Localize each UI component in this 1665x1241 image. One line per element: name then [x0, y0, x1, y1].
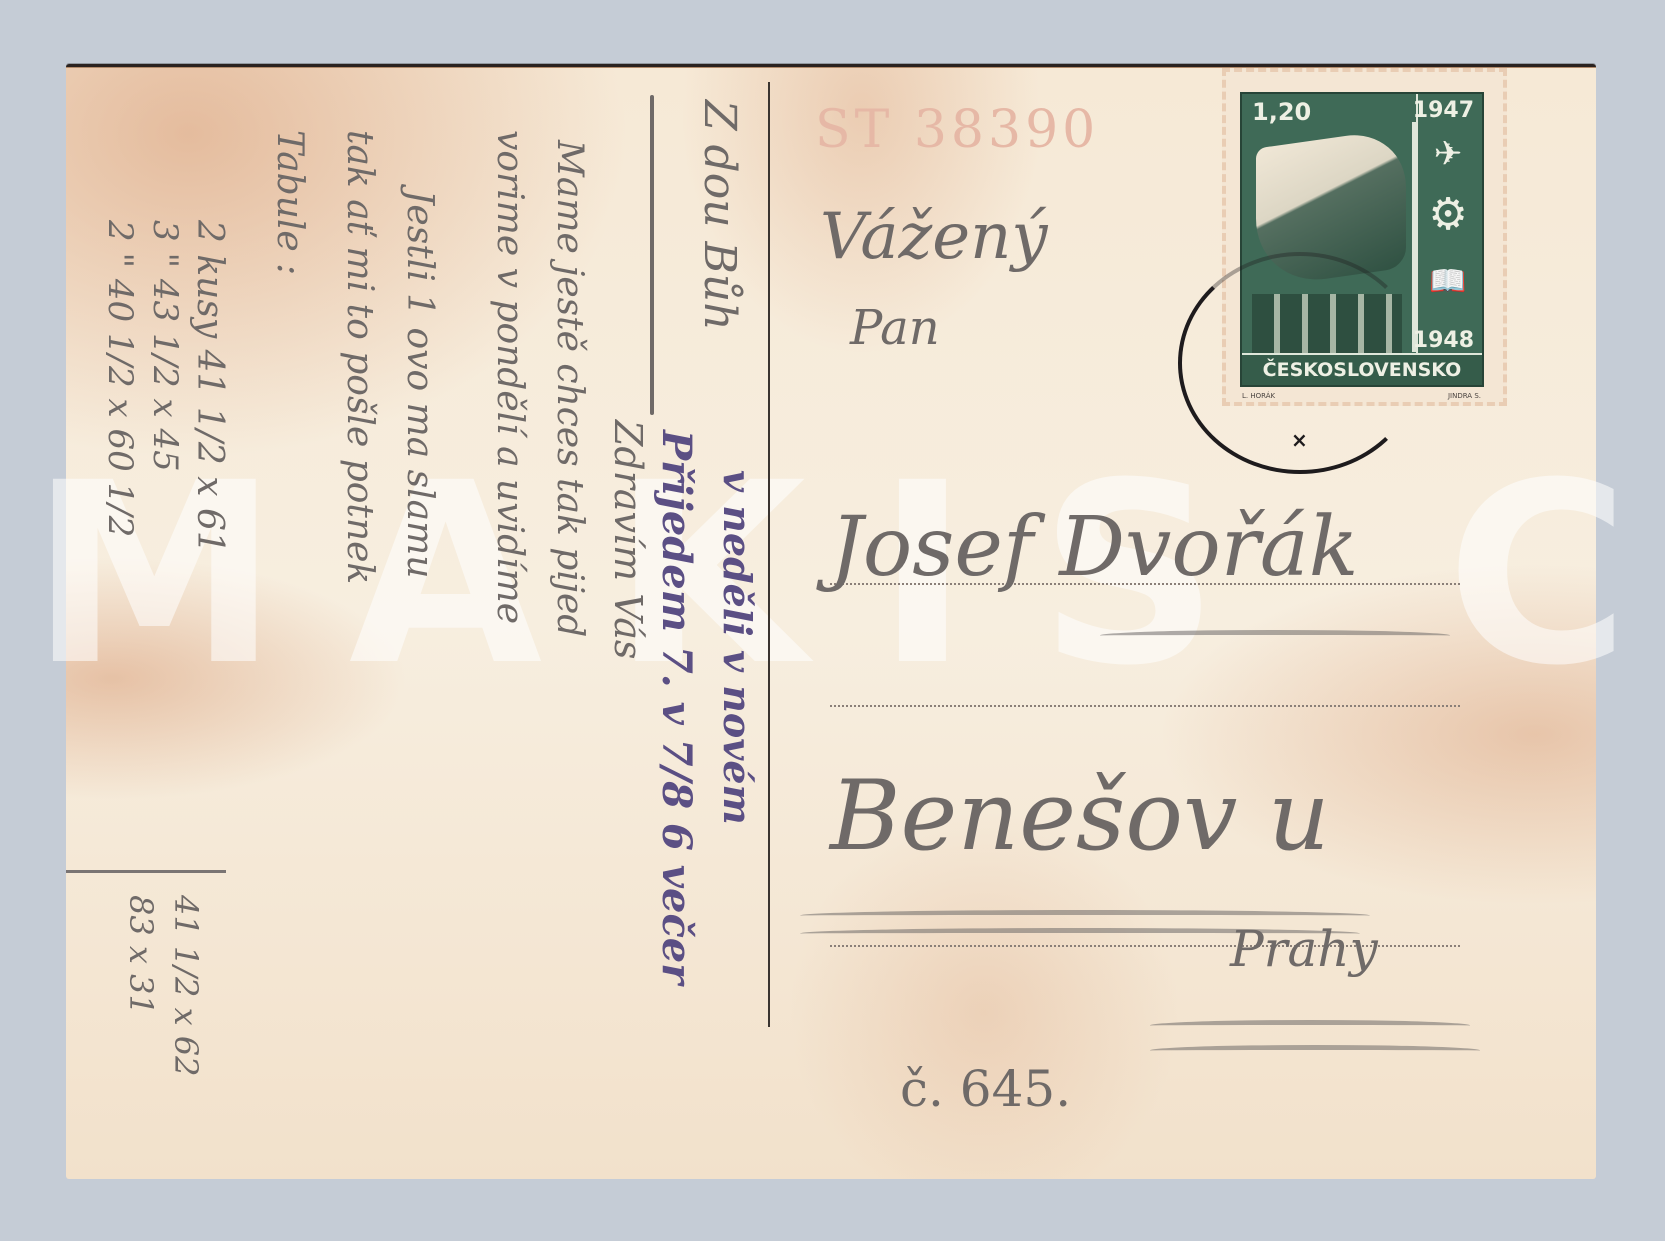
region-underline [1150, 1020, 1470, 1031]
message-line: Mame jestě chces tak pijed [549, 140, 590, 637]
catalog-note: ST 38390 [815, 100, 1099, 160]
house-number: č. 645. [900, 1060, 1071, 1118]
recipient-name: Josef Dvořák [830, 500, 1358, 595]
message-line: 83 x 31 [122, 895, 160, 1015]
message-line: Tabule : [269, 130, 310, 275]
region-underline [1150, 1045, 1480, 1056]
stamp-year-start: 1947 [1413, 98, 1474, 123]
postmark-cross: × [1291, 428, 1308, 452]
recipient-city: Benešov u [830, 760, 1330, 872]
postcard-divider [768, 82, 770, 1027]
message-line: tak ať mi to pošle potnek [339, 130, 380, 584]
recipient-region: Prahy [1230, 920, 1378, 978]
airplane-icon: ✈ [1418, 134, 1478, 174]
book-icon: 📖 [1418, 264, 1478, 299]
message-line: Z dou Bůh [694, 100, 745, 331]
salutation-line1: Vážený [820, 200, 1047, 274]
greeting-underline [650, 95, 654, 415]
message-line: 41 1/2 x 62 [167, 895, 205, 1077]
salutation-line2: Pan [850, 300, 940, 356]
message-line: 3 " 43 1/2 x 45 [145, 220, 185, 472]
stamp-year-end: 1948 [1413, 328, 1474, 353]
message-line: vorime v pondělí a uvidíme [489, 130, 530, 624]
message-line: 2 kusy 41 1/2 x 61 [189, 220, 230, 554]
address-line [830, 705, 1460, 707]
message-purple-line: Přijedem 7. v 7/8 6 večer [653, 430, 700, 984]
stamp-side-panel: ✈ ⚙ 📖 [1416, 94, 1482, 356]
message-line: Zdravím Vás [606, 420, 650, 659]
message-line: 2 " 40 1/2 x 60 1/2 [100, 220, 140, 537]
stamp-engraver: JINDRA S. [1448, 392, 1481, 400]
message-line: Jestli 1 ovo ma slamu [399, 190, 440, 578]
message-purple-line: v neděli v novém [715, 470, 760, 825]
stamp-value: 1,20 [1252, 98, 1311, 126]
gear-icon: ⚙ [1418, 189, 1478, 240]
sum-line [66, 870, 226, 873]
name-underline [1100, 630, 1450, 641]
